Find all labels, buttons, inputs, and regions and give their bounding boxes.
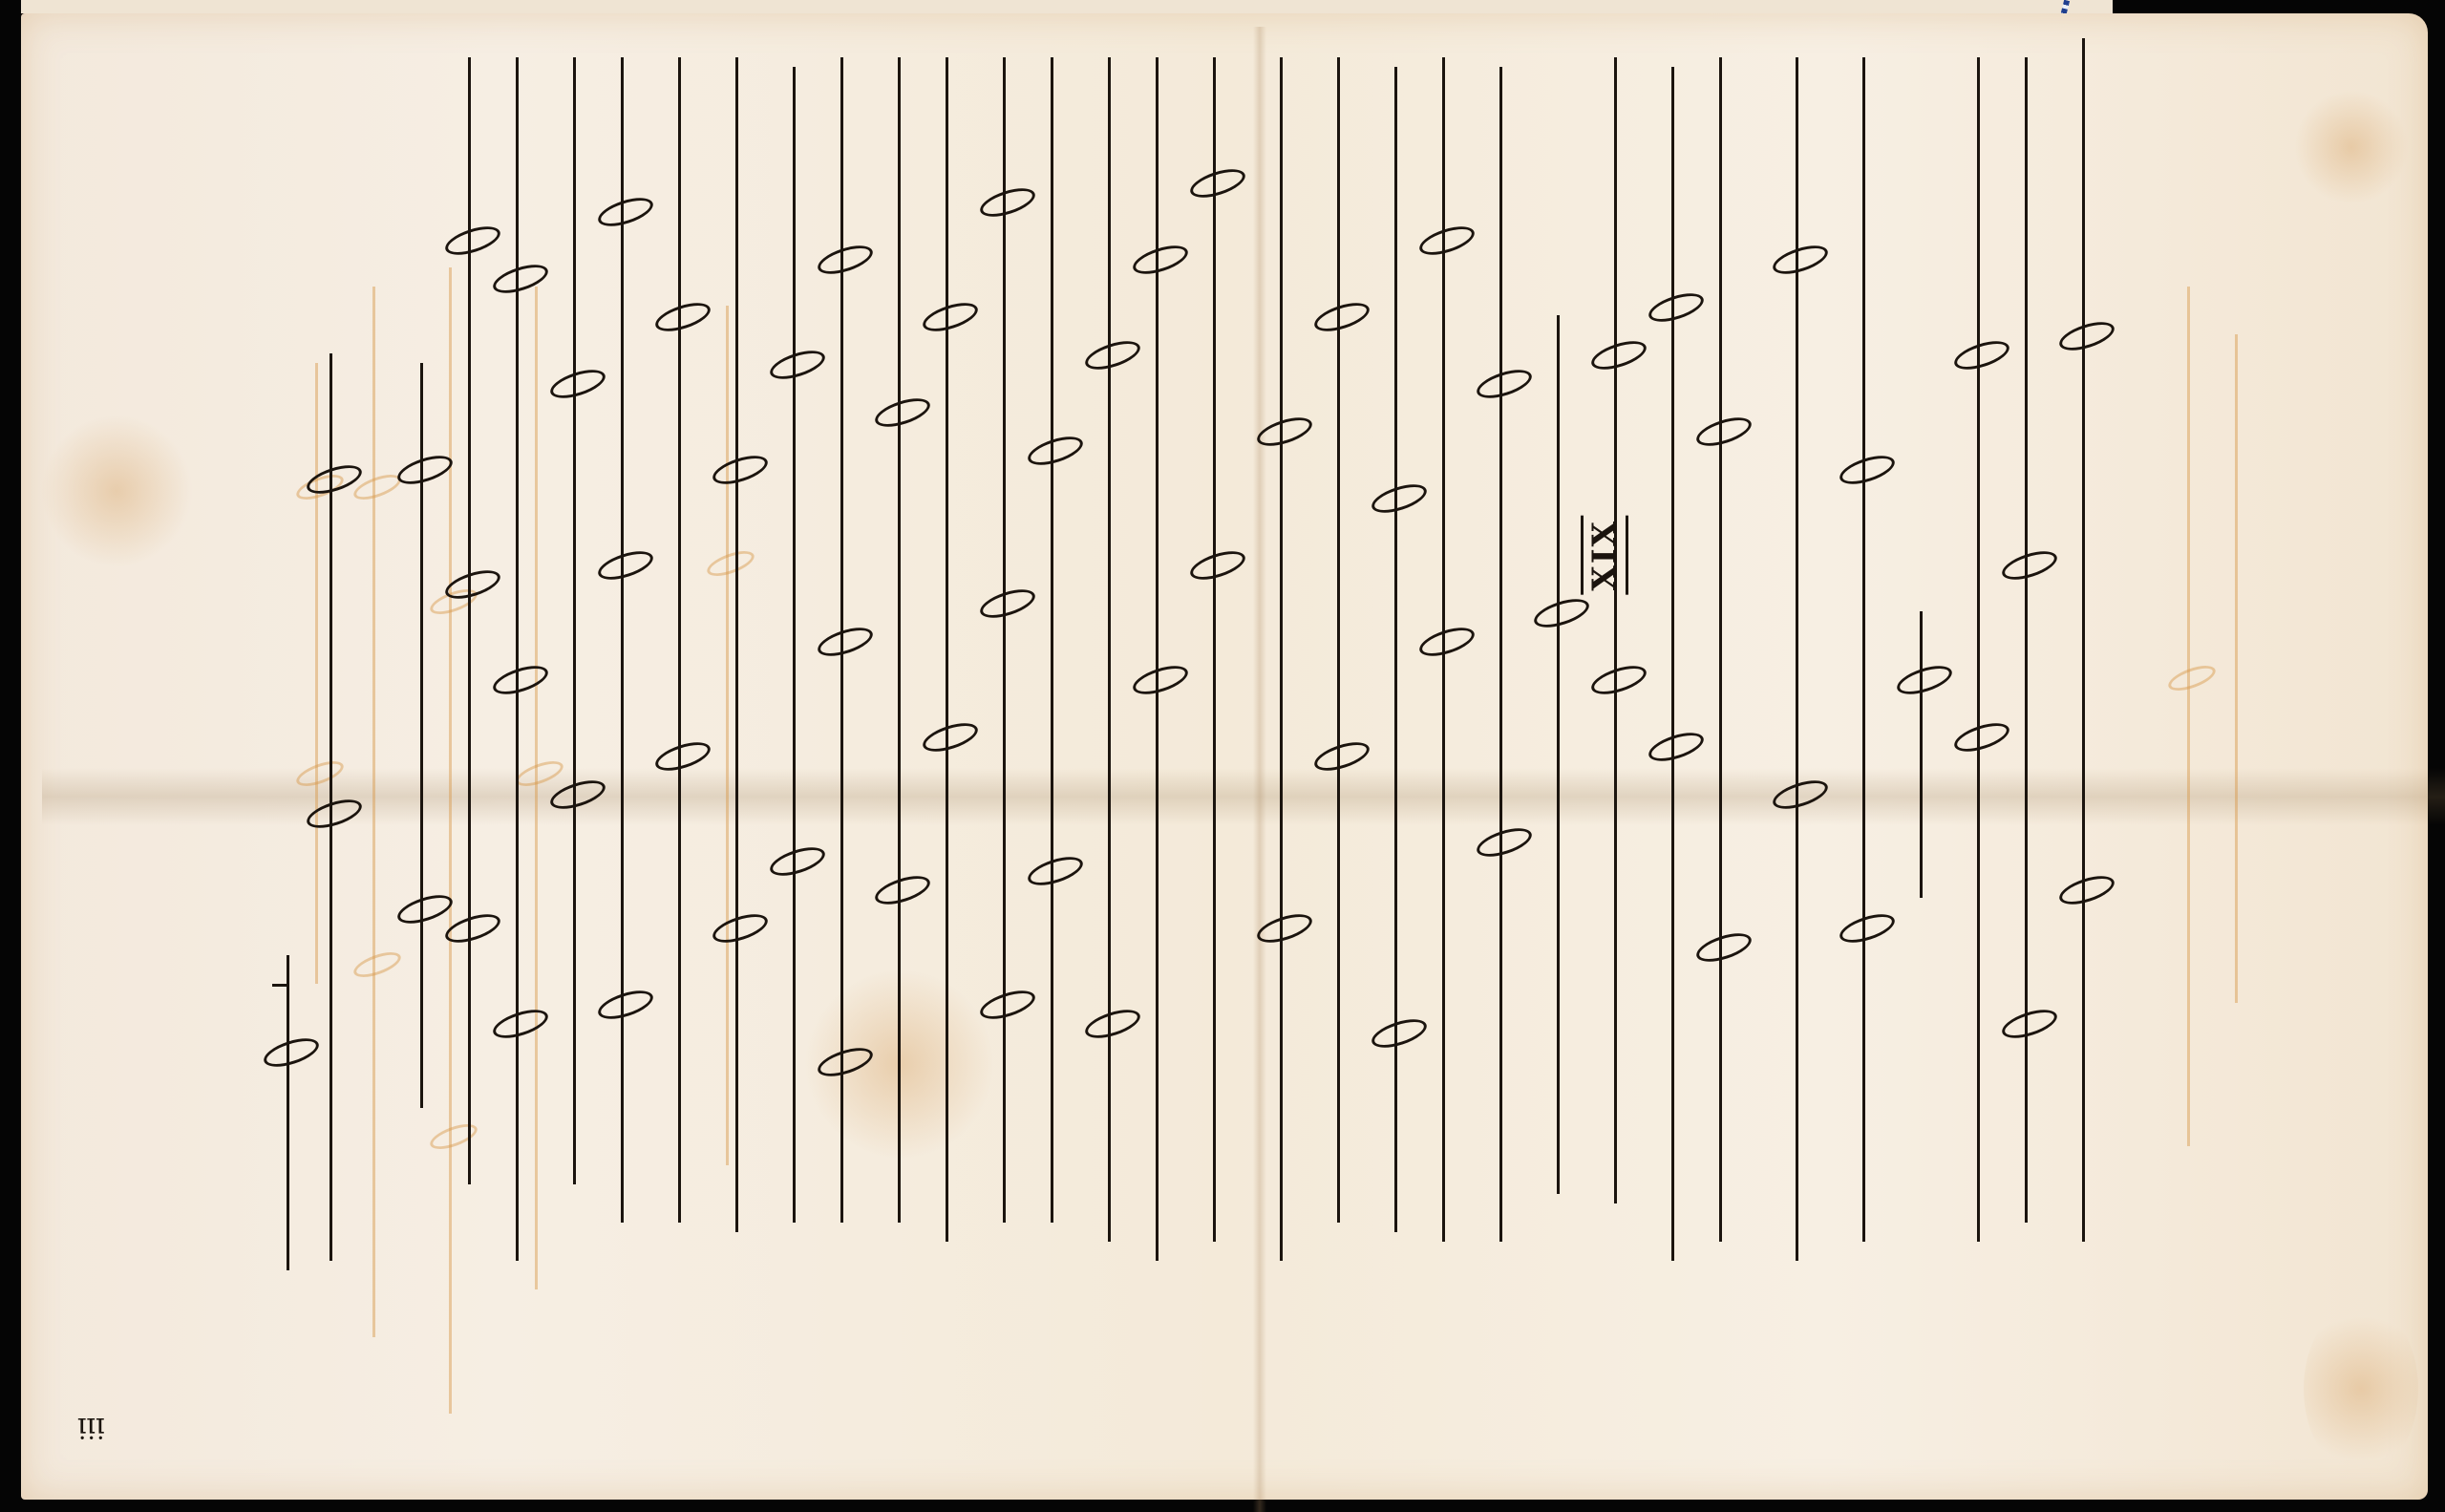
script-column <box>1671 67 1718 1261</box>
script-column <box>2082 38 2129 1242</box>
script-column <box>898 57 945 1223</box>
script-column <box>1108 57 1155 1242</box>
script-column <box>287 955 333 1270</box>
script-column <box>1557 315 1604 1194</box>
script-column <box>1213 57 1260 1242</box>
script-column <box>840 57 887 1223</box>
script-column <box>1280 57 1327 1261</box>
script-column <box>735 57 782 1232</box>
script-column <box>1862 57 1909 1242</box>
script-column <box>678 57 725 1223</box>
script-column <box>1442 57 1489 1242</box>
script-column <box>1051 57 1097 1223</box>
foxing-stain <box>2304 1303 2418 1475</box>
script-column <box>1796 57 1842 1261</box>
script-column <box>946 57 992 1242</box>
bleed-through-column <box>372 287 404 1337</box>
script-column <box>2025 57 2072 1223</box>
bleed-through-column <box>2235 334 2266 1003</box>
script-column <box>1499 67 1546 1242</box>
script-column <box>516 57 563 1261</box>
script-column <box>330 353 376 1261</box>
bleed-through-column <box>2187 287 2219 1146</box>
foxing-stain <box>2294 90 2409 204</box>
foxing-stain <box>40 415 193 567</box>
script-column <box>621 57 668 1223</box>
script-column <box>1920 611 1967 898</box>
script-column <box>1614 57 1661 1203</box>
script-column <box>420 363 467 1108</box>
script-column <box>1003 57 1050 1223</box>
script-column <box>1719 57 1766 1242</box>
section-numeral: XIX <box>1581 516 1628 595</box>
page-number-mark: iii <box>77 1411 105 1444</box>
script-column <box>1337 57 1384 1223</box>
script-column <box>1156 57 1202 1261</box>
script-column <box>1977 57 2024 1242</box>
